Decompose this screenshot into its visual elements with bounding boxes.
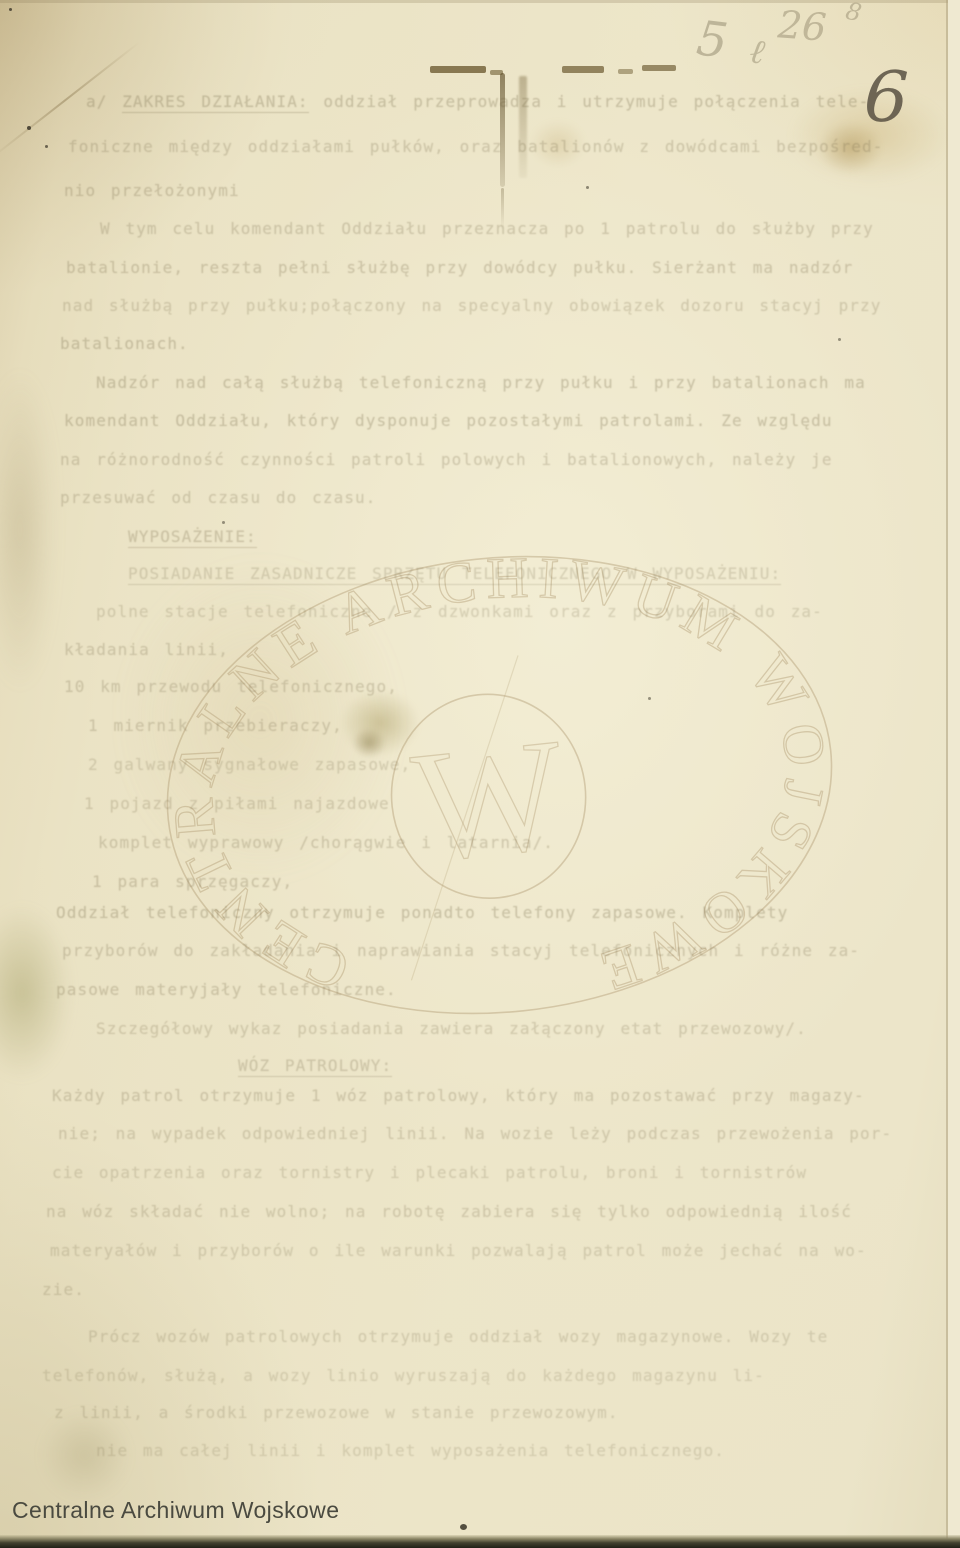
typed-text: 1 miernik przebieraczy, bbox=[88, 716, 343, 735]
typed-text: przyborów do zakładania i naprawiania st… bbox=[62, 941, 860, 960]
typed-line: cie opatrzenia oraz tornistry i plecaki … bbox=[52, 1163, 807, 1182]
typed-text: pasowe materyjały telefoniczne. bbox=[56, 980, 397, 999]
typed-text: foniczne między oddziałami pułków, oraz … bbox=[68, 137, 884, 156]
typed-line: 1 miernik przebieraczy, bbox=[88, 716, 343, 735]
archive-watermark-stamp: CENTRALNE ARCHIWUM WOJSKOWE W bbox=[106, 503, 894, 1078]
typed-text: telefonów, służą, a wozy linio wyruszają… bbox=[42, 1366, 765, 1385]
scanned-document-page: CENTRALNE ARCHIWUM WOJSKOWE W a/ ZAKRES … bbox=[0, 0, 960, 1548]
typed-text: kładania linii, bbox=[64, 640, 229, 659]
watermark-monogram: W bbox=[406, 706, 573, 896]
typed-text: nie; na wypadek odpowiedniej linii. Na w… bbox=[58, 1124, 892, 1143]
ink-speck bbox=[9, 8, 12, 11]
typed-line: 1 para sprzęgaczy, bbox=[92, 872, 293, 891]
typed-text: polne stacje telefoniczne / z dzwonkami … bbox=[96, 602, 823, 621]
typed-line: POSIADANIE ZASADNICZE SPRZĘTU TELEFONICZ… bbox=[128, 564, 781, 583]
ink-speck bbox=[460, 1524, 467, 1530]
typed-line: foniczne między oddziałami pułków, oraz … bbox=[68, 137, 884, 156]
typed-line: nad służbą przy pułku;połączony na specy… bbox=[62, 296, 882, 315]
typed-line: a/ ZAKRES DZIAŁANIA: oddział przeprowadz… bbox=[86, 92, 869, 111]
typed-line: nie; na wypadek odpowiedniej linii. Na w… bbox=[58, 1124, 892, 1143]
typed-text: a/ bbox=[86, 92, 122, 111]
stain bbox=[530, 120, 586, 168]
watermark-text-path bbox=[194, 569, 805, 1000]
typed-text: 1 pojazd z piłami najazdowe bbox=[84, 794, 390, 813]
typed-text: 1 para sprzęgaczy, bbox=[92, 872, 293, 891]
typed-line: z linii, a środki przewozowe w stanie pr… bbox=[54, 1403, 619, 1422]
typed-line: przyborów do zakładania i naprawiania st… bbox=[62, 941, 860, 960]
ink-speck bbox=[838, 338, 841, 341]
stain bbox=[818, 122, 882, 174]
ink-bleed-mark bbox=[562, 66, 604, 73]
typed-line: Nadzór nad całą służbą telefoniczną przy… bbox=[96, 373, 866, 392]
typed-line: na wóz składać nie wolno; na robotę zabi… bbox=[46, 1202, 852, 1221]
typed-line: 2 galwany sygnałowe zapasowe, bbox=[88, 755, 411, 774]
watermark-inner-ring bbox=[381, 685, 595, 908]
typed-text: na różnorodność czynności patroli polowy… bbox=[60, 450, 833, 469]
typed-text: nio przełożonymi bbox=[64, 181, 240, 200]
ink-speck bbox=[222, 521, 225, 524]
pencil-annotation: 8 bbox=[843, 0, 864, 27]
page-edge-bottom-shadow bbox=[0, 1535, 960, 1548]
typed-line: przesuwać od czasu do czasu. bbox=[60, 488, 377, 507]
ink-speck bbox=[27, 126, 31, 130]
typed-text: cie opatrzenia oraz tornistry i plecaki … bbox=[52, 1163, 807, 1182]
ink-bleed-mark bbox=[642, 65, 676, 71]
typed-line: 1 pojazd z piłami najazdowe bbox=[84, 794, 390, 813]
typed-heading-underlined: WYPOSAŻENIE: bbox=[128, 527, 257, 548]
typed-line: Szczegółowy wykaz posiadania zawiera zał… bbox=[96, 1019, 807, 1038]
typed-line: nio przełożonymi bbox=[64, 181, 240, 200]
ink-bleed-mark-vertical bbox=[519, 76, 527, 178]
typed-text: na wóz składać nie wolno; na robotę zabi… bbox=[46, 1202, 852, 1221]
typed-line: pasowe materyjały telefoniczne. bbox=[56, 980, 397, 999]
typed-line: zie. bbox=[42, 1280, 85, 1299]
typed-text: Prócz wozów patrolowych otrzymuje oddzia… bbox=[88, 1327, 828, 1346]
typed-text: nie ma całej linii i komplet wyposażenia… bbox=[96, 1441, 725, 1460]
typed-line: telefonów, służą, a wozy linio wyruszają… bbox=[42, 1366, 765, 1385]
typed-text: materyałów i przyborów o ile warunki poz… bbox=[50, 1241, 867, 1260]
stain bbox=[0, 905, 72, 1080]
typed-text: komplet wyprawowy /chorągwie i latarnia/… bbox=[98, 833, 554, 852]
paper-crease bbox=[0, 41, 140, 160]
typed-line: komplet wyprawowy /chorągwie i latarnia/… bbox=[98, 833, 554, 852]
watermark-slash bbox=[379, 655, 551, 980]
typed-heading-underlined: ZAKRES DZIAŁANIA: bbox=[122, 92, 308, 113]
typed-line: W tym celu komendant Oddziału przeznacza… bbox=[100, 219, 874, 238]
typed-line: 10 km przewodu telefonicznego, bbox=[64, 677, 398, 696]
typed-line: batalionie, reszta pełni służbę przy dow… bbox=[66, 258, 853, 277]
typed-line: komendant Oddziału, który dysponuje pozo… bbox=[64, 411, 833, 430]
ink-bleed-mark-vertical bbox=[501, 188, 504, 230]
typed-text: zie. bbox=[42, 1280, 85, 1299]
watermark-arc-text: CENTRALNE ARCHIWUM WOJSKOWE bbox=[136, 512, 862, 1052]
typed-text: Nadzór nad całą służbą telefoniczną przy… bbox=[96, 373, 866, 392]
watermark-outer-ring bbox=[145, 524, 855, 1045]
typed-line: WYPOSAŻENIE: bbox=[128, 527, 257, 546]
ink-bleed-mark bbox=[430, 66, 486, 73]
typed-text: batalionie, reszta pełni służbę przy dow… bbox=[66, 258, 853, 277]
pencil-annotation: ℓ bbox=[747, 31, 768, 73]
page-edge-right-margin bbox=[948, 0, 960, 1548]
ink-speck bbox=[45, 145, 48, 148]
typed-text: komendant Oddziału, który dysponuje pozo… bbox=[64, 411, 833, 430]
archive-label: Centralne Archiwum Wojskowe bbox=[12, 1497, 339, 1524]
pencil-annotation: 5 bbox=[694, 10, 731, 69]
typed-heading-underlined: POSIADANIE ZASADNICZE SPRZĘTU TELEFONICZ… bbox=[128, 564, 781, 585]
typed-heading-underlined: WÓZ PATROLOWY: bbox=[238, 1056, 392, 1077]
ink-bleed-mark-vertical bbox=[500, 73, 505, 187]
pencil-page-number: 6 bbox=[863, 55, 910, 139]
typed-text: 10 km przewodu telefonicznego, bbox=[64, 677, 398, 696]
typed-text: Szczegółowy wykaz posiadania zawiera zał… bbox=[96, 1019, 807, 1038]
stain bbox=[352, 728, 386, 758]
page-edge-top bbox=[0, 0, 960, 3]
typed-line: Oddział telefoniczny otrzymuje ponadto t… bbox=[56, 903, 788, 922]
pencil-annotation: 26 bbox=[777, 2, 828, 49]
typed-text: Oddział telefoniczny otrzymuje ponadto t… bbox=[56, 903, 788, 922]
typed-text: nad służbą przy pułku;połączony na specy… bbox=[62, 296, 882, 315]
stain bbox=[790, 88, 950, 183]
typed-line: Każdy patrol otrzymuje 1 wóz patrolowy, … bbox=[52, 1086, 865, 1105]
typed-text: Każdy patrol otrzymuje 1 wóz patrolowy, … bbox=[52, 1086, 865, 1105]
typed-line: batalionach. bbox=[60, 334, 189, 353]
typed-line: WÓZ PATROLOWY: bbox=[238, 1056, 392, 1075]
typed-line: kładania linii, bbox=[64, 640, 229, 659]
stain bbox=[120, 560, 400, 880]
typed-text: z linii, a środki przewozowe w stanie pr… bbox=[54, 1403, 619, 1422]
typed-text: oddział przeprowadza i utrzymuje połącze… bbox=[309, 92, 870, 111]
ink-speck bbox=[648, 697, 651, 700]
typed-text: 2 galwany sygnałowe zapasowe, bbox=[88, 755, 411, 774]
typed-line: polne stacje telefoniczne / z dzwonkami … bbox=[96, 602, 823, 621]
ink-bleed-mark bbox=[618, 69, 633, 74]
typed-text: przesuwać od czasu do czasu. bbox=[60, 488, 377, 507]
typed-line: nie ma całej linii i komplet wyposażenia… bbox=[96, 1441, 725, 1460]
typed-text: batalionach. bbox=[60, 334, 189, 353]
stain bbox=[40, 1410, 130, 1500]
typed-line: Prócz wozów patrolowych otrzymuje oddzia… bbox=[88, 1327, 828, 1346]
typed-text: W tym celu komendant Oddziału przeznacza… bbox=[100, 219, 874, 238]
ink-speck bbox=[586, 186, 589, 189]
typed-line: na różnorodność czynności patroli polowy… bbox=[60, 450, 833, 469]
stain bbox=[340, 690, 420, 756]
typewritten-text-block: a/ ZAKRES DZIAŁANIA: oddział przeprowadz… bbox=[0, 0, 960, 1548]
stain bbox=[0, 370, 55, 690]
typed-line: materyałów i przyborów o ile warunki poz… bbox=[50, 1241, 867, 1260]
